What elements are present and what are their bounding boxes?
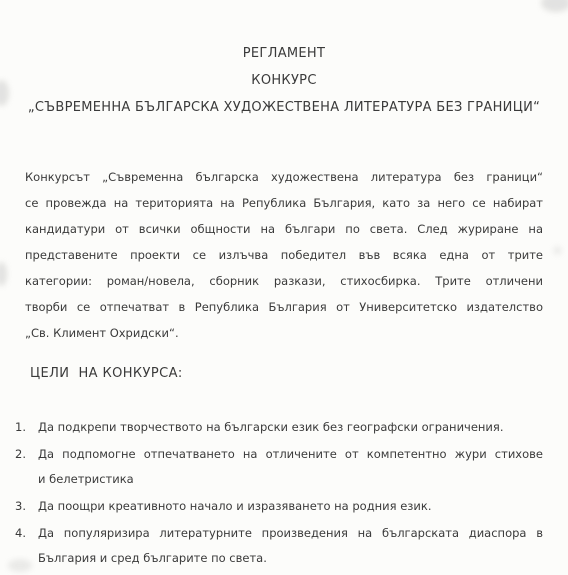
- scanned-document-page: РЕГЛАМЕНТКОНКУРС„СЪВРЕМЕННА БЪЛГАРСКА ХУ…: [0, 0, 568, 575]
- scan-smudge: [553, 246, 562, 255]
- paragraph-line: представените проекти се излъчва победит…: [25, 242, 543, 268]
- paragraph-line: се провежда на територията на Република …: [25, 190, 543, 216]
- goal-item: 2.Да подпомогне отпечатването на отличен…: [15, 442, 543, 492]
- goal-number: 2.: [15, 442, 38, 492]
- goals-list: 1.Да подкрепи творчеството на български …: [15, 415, 543, 573]
- goal-number: 1.: [15, 415, 38, 440]
- goals-heading: ЦЕЛИ НА КОНКУРСА:: [30, 366, 183, 381]
- goal-line: Да поощри креативното начало и изразяван…: [38, 494, 543, 519]
- goal-item: 3.Да поощри креативното начало и изразяв…: [15, 494, 543, 519]
- paragraph-line: категории: роман/новела, сборник разкази…: [25, 268, 543, 294]
- paragraph-line: кандидатури от всички общности на българ…: [25, 216, 543, 242]
- goal-text: Да подкрепи творчеството на български ез…: [38, 415, 543, 440]
- document-title-line: КОНКУРС: [0, 67, 568, 94]
- document-header: РЕГЛАМЕНТКОНКУРС„СЪВРЕМЕННА БЪЛГАРСКА ХУ…: [0, 40, 568, 121]
- goal-line: България и сред българите по света.: [38, 546, 543, 571]
- goal-line: Да подпомогне отпечатването на отличенит…: [38, 442, 543, 467]
- goal-number: 4.: [15, 521, 38, 571]
- paragraph-line: „Св. Климент Охридски“.: [25, 320, 543, 346]
- paragraph-line: Конкурсът „Съвременна българска художест…: [25, 164, 543, 190]
- goal-line: и белетристика: [38, 467, 543, 492]
- goal-text: Да популяризира литературните произведен…: [38, 521, 543, 571]
- goal-line: Да подкрепи творчеството на български ез…: [38, 415, 543, 440]
- goal-item: 4.Да популяризира литературните произвед…: [15, 521, 543, 571]
- goal-text: Да поощри креативното начало и изразяван…: [38, 494, 543, 519]
- document-title-line: РЕГЛАМЕНТ: [0, 40, 568, 67]
- intro-paragraph: Конкурсът „Съвременна българска художест…: [25, 164, 543, 346]
- goal-text: Да подпомогне отпечатването на отличенит…: [38, 442, 543, 492]
- scan-smudge: [0, 262, 7, 286]
- scan-smudge: [541, 0, 568, 12]
- paragraph-line: творби се отпечатват в Република Българи…: [25, 294, 543, 320]
- document-title-line: „СЪВРЕМЕННА БЪЛГАРСКА ХУДОЖЕСТВЕНА ЛИТЕР…: [0, 94, 568, 121]
- goal-item: 1.Да подкрепи творчеството на български …: [15, 415, 543, 440]
- goal-number: 3.: [15, 494, 38, 519]
- goal-line: Да популяризира литературните произведен…: [38, 521, 543, 546]
